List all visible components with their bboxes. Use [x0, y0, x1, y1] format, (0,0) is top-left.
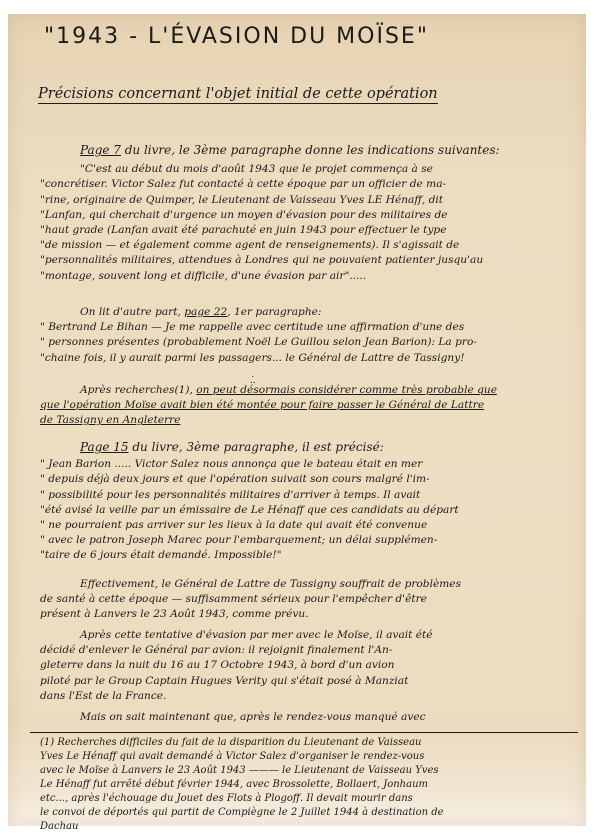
section-page-7: Page 7 du livre, le 3ème paragraphe donn…: [40, 143, 580, 284]
page-reference: Page 7: [80, 143, 121, 157]
emphasis-underlined: que l'opération Moïse avait bien été mon…: [40, 398, 580, 413]
section-page-15: Page 15 du livre, 3ème paragraphe, il es…: [40, 440, 580, 564]
section-air-evasion: Après cette tentative d'évasion par mer …: [40, 628, 580, 704]
paragraph-line: présent à Lanvers le 23 Août 1943, comme…: [40, 607, 580, 622]
document-subtitle: Précisions concernant l'objet initial de…: [38, 86, 438, 104]
paragraph-line: gleterre dans la nuit du 16 au 17 Octobr…: [40, 658, 580, 673]
footnote-line: Le Hénaff fut arrêté début février 1944,…: [40, 778, 580, 792]
quote-line: " possibilité pour les personnalités mil…: [40, 488, 580, 503]
page-reference: Page 15: [80, 440, 129, 454]
section-heading: Page 7 du livre, le 3ème paragraphe donn…: [40, 143, 580, 158]
quote-line: "taire de 6 jours était demandé. Impossi…: [40, 548, 580, 563]
section-conclusion: Après recherches(1), on peut désormais c…: [40, 383, 580, 429]
quote-line: "personnalités militaires, attendues à L…: [40, 253, 580, 268]
page-reference: page 22: [184, 306, 227, 318]
footnote-line: (1) Recherches difficiles du fait de la …: [40, 736, 580, 750]
quote-line: "chaine fois, il y aurait parmi les pass…: [40, 351, 580, 366]
section-health: Effectivement, le Général de Lattre de T…: [40, 577, 580, 623]
footnote-divider: [30, 732, 578, 733]
quote-line: "de mission — et également comme agent d…: [40, 238, 580, 253]
paragraph-line: Après cette tentative d'évasion par mer …: [40, 628, 580, 643]
quote-line: "rine, originaire de Quimper, le Lieuten…: [40, 193, 580, 208]
section-intro: On lit d'autre part, page 22, 1er paragr…: [40, 305, 580, 320]
quote-line: "haut grade (Lanfan avait été parachuté …: [40, 223, 580, 238]
paragraph-line: dans l'Est de la France.: [40, 689, 580, 704]
quote-line: " personnes présentes (probablement Noël…: [40, 335, 580, 350]
quote-line: "Lanfan, qui cherchait d'urgence un moye…: [40, 208, 580, 223]
footnote-line: Dachau: [40, 820, 580, 834]
quote-line: "C'est au début du mois d'août 1943 que …: [40, 162, 580, 177]
section-continuation: Mais on sait maintenant que, après le re…: [40, 710, 580, 725]
quote-line: " Bertrand Le Bihan — Je me rappelle ave…: [40, 320, 580, 335]
quote-line: " Jean Barion ..... Victor Salez nous an…: [40, 457, 580, 472]
footnote-line: Yves Le Hénaff qui avait demandé à Victo…: [40, 750, 580, 764]
footnote-line: le convoi de déportés qui partit de Comp…: [40, 806, 580, 820]
paragraph-line: Effectivement, le Général de Lattre de T…: [40, 577, 580, 592]
quote-line: "montage, souvent long et difficile, d'u…: [40, 269, 580, 284]
paragraph-line: décidé d'enlever le Général par avion: i…: [40, 643, 580, 658]
section-page-22: On lit d'autre part, page 22, 1er paragr…: [40, 305, 580, 366]
section-heading: Page 15 du livre, 3ème paragraphe, il es…: [40, 440, 580, 455]
emphasis-underlined: de Tassigny en Angleterre: [40, 413, 580, 428]
quote-line: " avec le patron Joseph Marec pour l'emb…: [40, 533, 580, 548]
document-title: "1943 - L'ÉVASION DU MOÏSE": [44, 24, 429, 49]
paragraph-line: Mais on sait maintenant que, après le re…: [40, 710, 580, 725]
quote-line: "été avisé la veille par un émissaire de…: [40, 503, 580, 518]
footnote: (1) Recherches difficiles du fait de la …: [40, 736, 580, 834]
paragraph-line: de santé à cette époque — suffisamment s…: [40, 592, 580, 607]
paragraph-line: piloté par le Group Captain Hugues Verit…: [40, 674, 580, 689]
quote-line: " ne pourraient pas arriver sur les lieu…: [40, 518, 580, 533]
emphasis-underlined: on peut désormais considérer comme très …: [196, 384, 497, 396]
footnote-line: etc..., après l'échouage du Jouet des Fl…: [40, 792, 580, 806]
quote-line: " depuis déjà deux jours et que l'opérat…: [40, 472, 580, 487]
footnote-line: avec le Moïse à Lanvers le 23 Août 1943 …: [40, 764, 580, 778]
quote-line: "concrétiser. Victor Salez fut contacté …: [40, 177, 580, 192]
